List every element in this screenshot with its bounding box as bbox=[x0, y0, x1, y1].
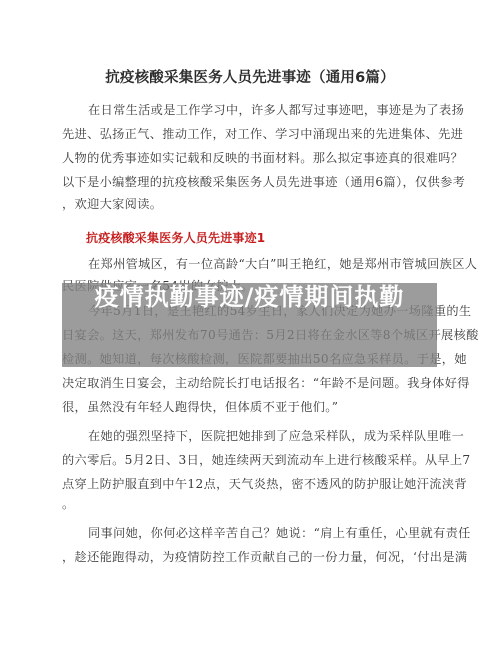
paragraph-line: 很，虽然没有年轻人跑得快，但体质不亚于他们。” bbox=[62, 399, 440, 415]
paragraph-line: ，趁还能跑得动，为疫情防控工作贡献自己的一份力量，何况，‘付出是满 bbox=[62, 549, 440, 565]
paragraph-line: 决定取消生日宴会，主动给院长打电话报名：“年龄不是问题。我身体好得 bbox=[62, 375, 440, 391]
section-title: 抗疫核酸采集医务人员先进事迹1 bbox=[86, 229, 265, 246]
paragraph-line: 在她的强烈坚持下，医院把她排到了应急采样队，成为采样队里唯一 bbox=[62, 428, 440, 444]
paragraph-line: 在郑州管城区，有一位高龄“大白”叫王艳红，她是郑州市管城回族区人 bbox=[62, 256, 440, 272]
document-title: 抗疫核酸采集医务人员先进事迹（通用6篇） bbox=[0, 66, 500, 87]
intro-line: ，欢迎大家阅读。 bbox=[62, 196, 440, 212]
paragraph-line: 。 bbox=[62, 496, 440, 512]
intro-line: 在日常生活或是工作学习中，许多人都写过事迹吧，事迹是为了表扬 bbox=[62, 102, 440, 118]
paragraph-line: 同事问她，你何必这样辛苦自己？她说：“肩上有重任，心里就有责任 bbox=[62, 525, 440, 541]
intro-line: 人物的优秀事迹如实记载和反映的书面材料。那么拟定事迹真的很难吗？ bbox=[62, 150, 440, 166]
overlay-title: 疫情执勤事迹/疫情期间执勤 bbox=[62, 280, 437, 314]
intro-line: 以下是小编整理的抗疫核酸采集医务人员先进事迹（通用6篇），仅供参考 bbox=[62, 174, 440, 190]
intro-line: 先进、弘扬正气、推动工作，对工作、学习中涌现出来的先进集体、先进 bbox=[62, 126, 440, 142]
paragraph-line: 的六零后。5月2日、3日，她连续两天到流动车上进行核酸采样。从早上7 bbox=[62, 452, 440, 468]
paragraph-line: 点穿上防护服直到中午12点，天气炎热，密不透风的防护服让她汗流浃背 bbox=[62, 476, 440, 492]
